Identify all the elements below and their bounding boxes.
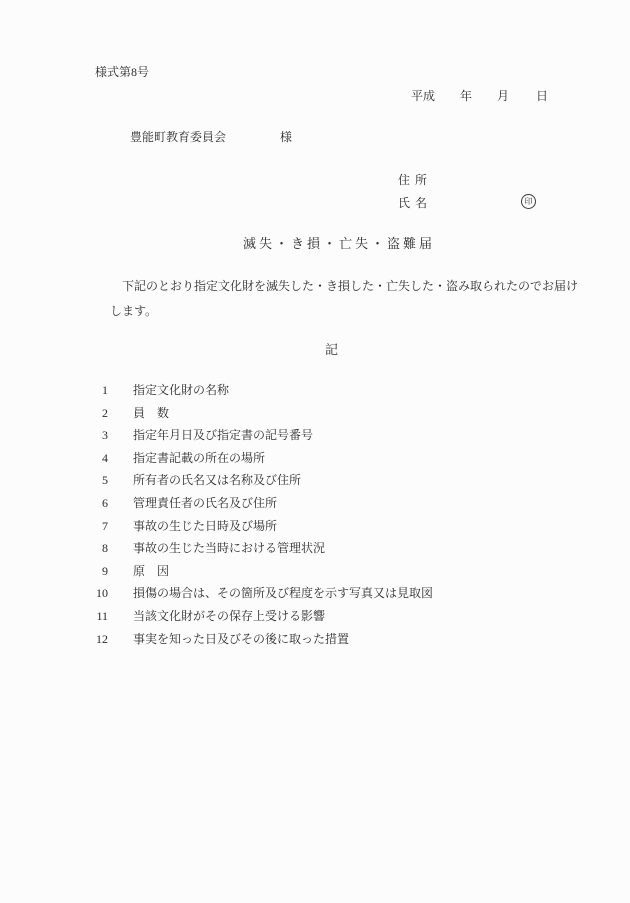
- date-day-label: 日: [536, 90, 548, 102]
- list-item: 6 管理責任者の氏名及び住所: [95, 492, 565, 515]
- list-item-label: 指定書記載の所在の場所: [133, 447, 265, 470]
- list-item-number: 11: [95, 605, 108, 628]
- list-item: 1 指定文化財の名称: [95, 379, 565, 402]
- date-era-label: 平成: [411, 90, 435, 102]
- list-item-number: 12: [95, 628, 108, 651]
- list-item-number: 3: [95, 424, 108, 447]
- body-paragraph: 下記のとおり指定文化財を滅失した・き損した・亡失した・盗み取られたのでお届け し…: [110, 274, 585, 324]
- list-item: 12 事実を知った日及びその後に取った措置: [95, 628, 565, 651]
- list-item-number: 5: [95, 469, 108, 492]
- list-item: 9 原 因: [95, 560, 565, 583]
- seal-mark-icon: 印: [521, 194, 536, 209]
- ki-heading: 記: [325, 343, 338, 356]
- list-item-number: 1: [95, 379, 108, 402]
- addressee-honorific: 様: [280, 131, 292, 143]
- list-item-label: 原 因: [133, 560, 169, 583]
- list-item-label: 指定年月日及び指定書の記号番号: [133, 424, 313, 447]
- address-label: 住 所: [398, 174, 428, 186]
- list-item-number: 2: [95, 402, 108, 425]
- name-label: 氏 名: [398, 197, 428, 209]
- list-item-label: 当該文化財がその保存上受ける影響: [133, 605, 325, 628]
- list-item-label: 事実を知った日及びその後に取った措置: [133, 628, 349, 651]
- list-item-number: 4: [95, 447, 108, 470]
- list-item-label: 所有者の氏名又は名称及び住所: [133, 469, 301, 492]
- addressee-name: 豊能町教育委員会: [130, 131, 226, 143]
- list-item: 2 員 数: [95, 402, 565, 425]
- list-item: 3 指定年月日及び指定書の記号番号: [95, 424, 565, 447]
- form-number: 様式第8号: [95, 66, 149, 78]
- date-month-label: 月: [497, 90, 509, 102]
- list-item-label: 員 数: [133, 402, 169, 425]
- list-item: 10 損傷の場合は、その箇所及び程度を示す写真又は見取図: [95, 582, 565, 605]
- list-item-number: 7: [95, 515, 108, 538]
- list-item: 4 指定書記載の所在の場所: [95, 447, 565, 470]
- list-item: 5 所有者の氏名又は名称及び住所: [95, 469, 565, 492]
- list-item-number: 8: [95, 537, 108, 560]
- document-title: 滅失・き損・亡失・盗難届: [243, 237, 435, 250]
- list-item-number: 10: [95, 582, 108, 605]
- list-item-number: 6: [95, 492, 108, 515]
- list-item-label: 事故の生じた当時における管理状況: [133, 537, 325, 560]
- item-list: 1 指定文化財の名称 2 員 数 3 指定年月日及び指定書の記号番号 4 指定書…: [95, 379, 565, 650]
- list-item: 7 事故の生じた日時及び場所: [95, 515, 565, 538]
- list-item-label: 指定文化財の名称: [133, 379, 229, 402]
- list-item-label: 管理責任者の氏名及び住所: [133, 492, 277, 515]
- list-item-number: 9: [95, 560, 108, 583]
- document-page: 様式第8号 平成 年 月 日 豊能町教育委員会 様 住 所 氏 名 印 滅失・き…: [0, 0, 630, 903]
- date-year-label: 年: [460, 90, 472, 102]
- list-item: 8 事故の生じた当時における管理状況: [95, 537, 565, 560]
- list-item: 11 当該文化財がその保存上受ける影響: [95, 605, 565, 628]
- list-item-label: 損傷の場合は、その箇所及び程度を示す写真又は見取図: [133, 582, 433, 605]
- list-item-label: 事故の生じた日時及び場所: [133, 515, 277, 538]
